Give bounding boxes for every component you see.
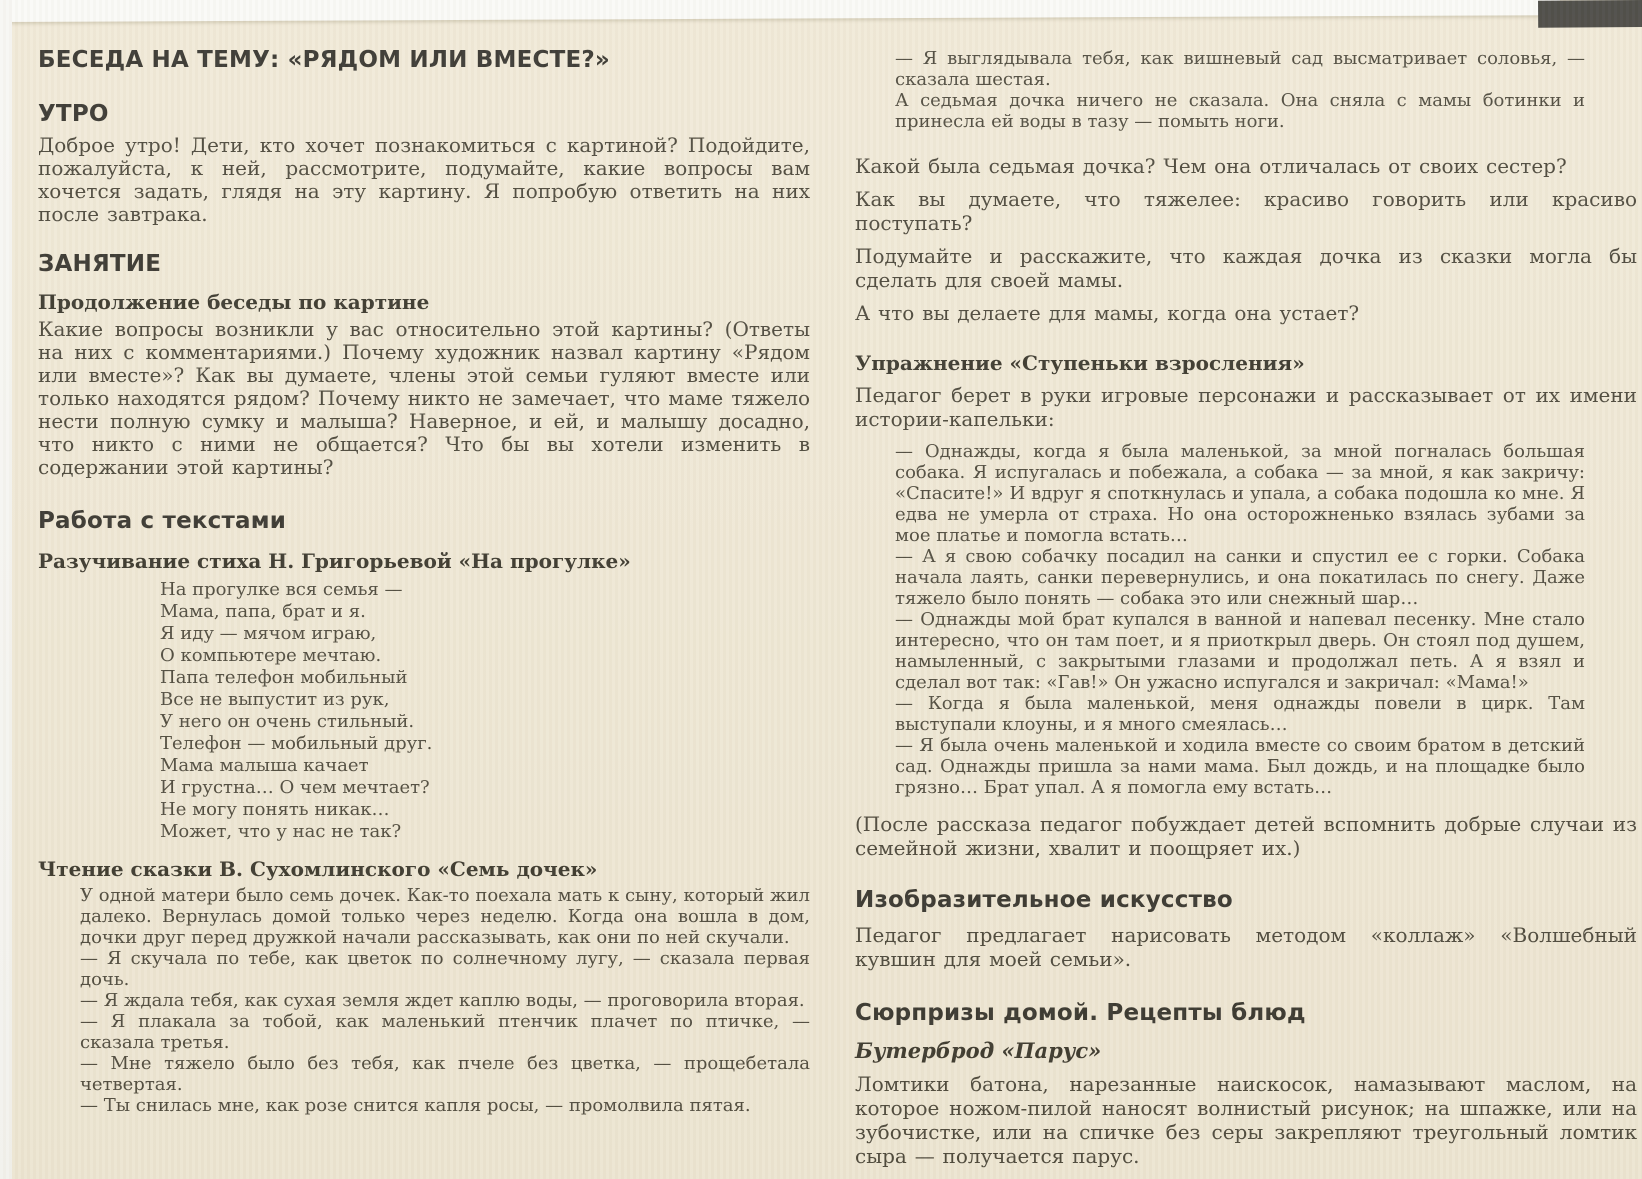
story-paragraph: — Когда я была маленькой, меня однажды п… — [895, 693, 1585, 735]
subheading-fairy-tale: Чтение сказки В. Сухомлинского «Семь доч… — [38, 857, 810, 881]
question-paragraph: Как вы думаете, что тяжелее: красиво гов… — [855, 187, 1637, 235]
story-paragraph: А седьмая дочка ничего не сказала. Она с… — [895, 90, 1585, 132]
poem-line: Мама, папа, брат и я. — [160, 601, 810, 623]
question-paragraph: А что вы делаете для мамы, когда она уст… — [855, 301, 1637, 325]
story-paragraph: — Мне тяжело было без тебя, как пчеле бе… — [80, 1053, 810, 1095]
story-paragraph: У одной матери было семь дочек. Как-то п… — [80, 885, 810, 948]
scan-corner-dark — [1538, 0, 1642, 28]
story-paragraph: — Я выглядывала тебя, как вишневый сад в… — [895, 48, 1585, 90]
question-paragraph: Какой была седьмая дочка? Чем она отлича… — [855, 154, 1637, 178]
poem-line: Телефон — мобильный друг. — [160, 733, 810, 755]
paragraph-picture-talk: Какие вопросы возникли у вас относительн… — [38, 318, 810, 479]
story-paragraph: — Я была очень маленькой и ходила вместе… — [895, 735, 1585, 798]
poem-line: Я иду — мячом играю, — [160, 623, 810, 645]
story-paragraph: — Я ждала тебя, как сухая земля ждет кап… — [80, 990, 810, 1011]
fairy-tale-block: У одной матери было семь дочек. Как-то п… — [80, 885, 810, 1116]
paragraph-exercise-intro: Педагог берет в руки игровые персонажи и… — [855, 383, 1637, 431]
story-paragraph: — Однажды мой брат купался в ванной и на… — [895, 609, 1585, 693]
page-title: БЕСЕДА НА ТЕМУ: «РЯДОМ ИЛИ ВМЕСТЕ?» — [38, 46, 810, 74]
poem-line: На прогулке вся семья — — [160, 579, 810, 601]
subheading-picture-talk: Продолжение беседы по картине — [38, 290, 810, 314]
poem-line: Все не выпустит из рук, — [160, 689, 810, 711]
poem-line: Папа телефон мобильный — [160, 667, 810, 689]
poem-line: Не могу понять никак… — [160, 799, 810, 821]
story-paragraph: — Я скучала по тебе, как цветок по солне… — [80, 948, 810, 990]
subheading-poem: Разучивание стиха Н. Григорьевой «На про… — [38, 549, 810, 573]
poem-line: О компьютере мечтаю. — [160, 645, 810, 667]
story-paragraph: — Я плакала за тобой, как маленький птен… — [80, 1011, 810, 1053]
subheading-sandwich: Бутерброд «Парус» — [855, 1038, 1637, 1063]
section-heading-art: Изобразительное искусство — [855, 886, 1637, 914]
section-heading-surprises: Сюрпризы домой. Рецепты блюд — [855, 999, 1637, 1027]
paragraph-sandwich: Ломтики батона, нарезанные наискосок, на… — [855, 1072, 1637, 1168]
section-heading-texts: Работа с текстами — [38, 507, 810, 535]
fairy-tale-continuation: — Я выглядывала тебя, как вишневый сад в… — [895, 48, 1585, 132]
story-paragraph: — А я свою собачку посадил на санки и сп… — [895, 546, 1585, 609]
exercise-stories-block: — Однажды, когда я была маленькой, за мн… — [895, 441, 1585, 798]
poem-line: Мама малыша качает — [160, 755, 810, 777]
poem-line: И грустна… О чем мечтает? — [160, 777, 810, 799]
poem-block: На прогулке вся семья — Мама, папа, брат… — [160, 579, 810, 843]
story-paragraph: — Однажды, когда я была маленькой, за мн… — [895, 441, 1585, 546]
section-heading-morning: УТРО — [38, 100, 810, 128]
poem-line: Может, что у нас не так? — [160, 821, 810, 843]
subheading-exercise: Упражнение «Ступеньки взросления» — [855, 351, 1637, 375]
scan-edge-left — [0, 0, 12, 1179]
paragraph-morning: Доброе утро! Дети, кто хочет познакомить… — [38, 134, 810, 226]
paragraph-afterword: (После рассказа педагог побуждает детей … — [855, 812, 1637, 860]
section-heading-lesson: ЗАНЯТИЕ — [38, 250, 810, 278]
left-column: БЕСЕДА НА ТЕМУ: «РЯДОМ ИЛИ ВМЕСТЕ?» УТРО… — [38, 46, 810, 1116]
story-paragraph: — Ты снилась мне, как розе снится капля … — [80, 1095, 810, 1116]
right-column: — Я выглядывала тебя, как вишневый сад в… — [855, 48, 1637, 1168]
question-paragraph: Подумайте и расскажите, что каждая дочка… — [855, 244, 1637, 292]
scan-edge-top — [0, 0, 1560, 22]
poem-line: У него он очень стильный. — [160, 711, 810, 733]
paragraph-art: Педагог предлагает нарисовать методом «к… — [855, 923, 1637, 971]
